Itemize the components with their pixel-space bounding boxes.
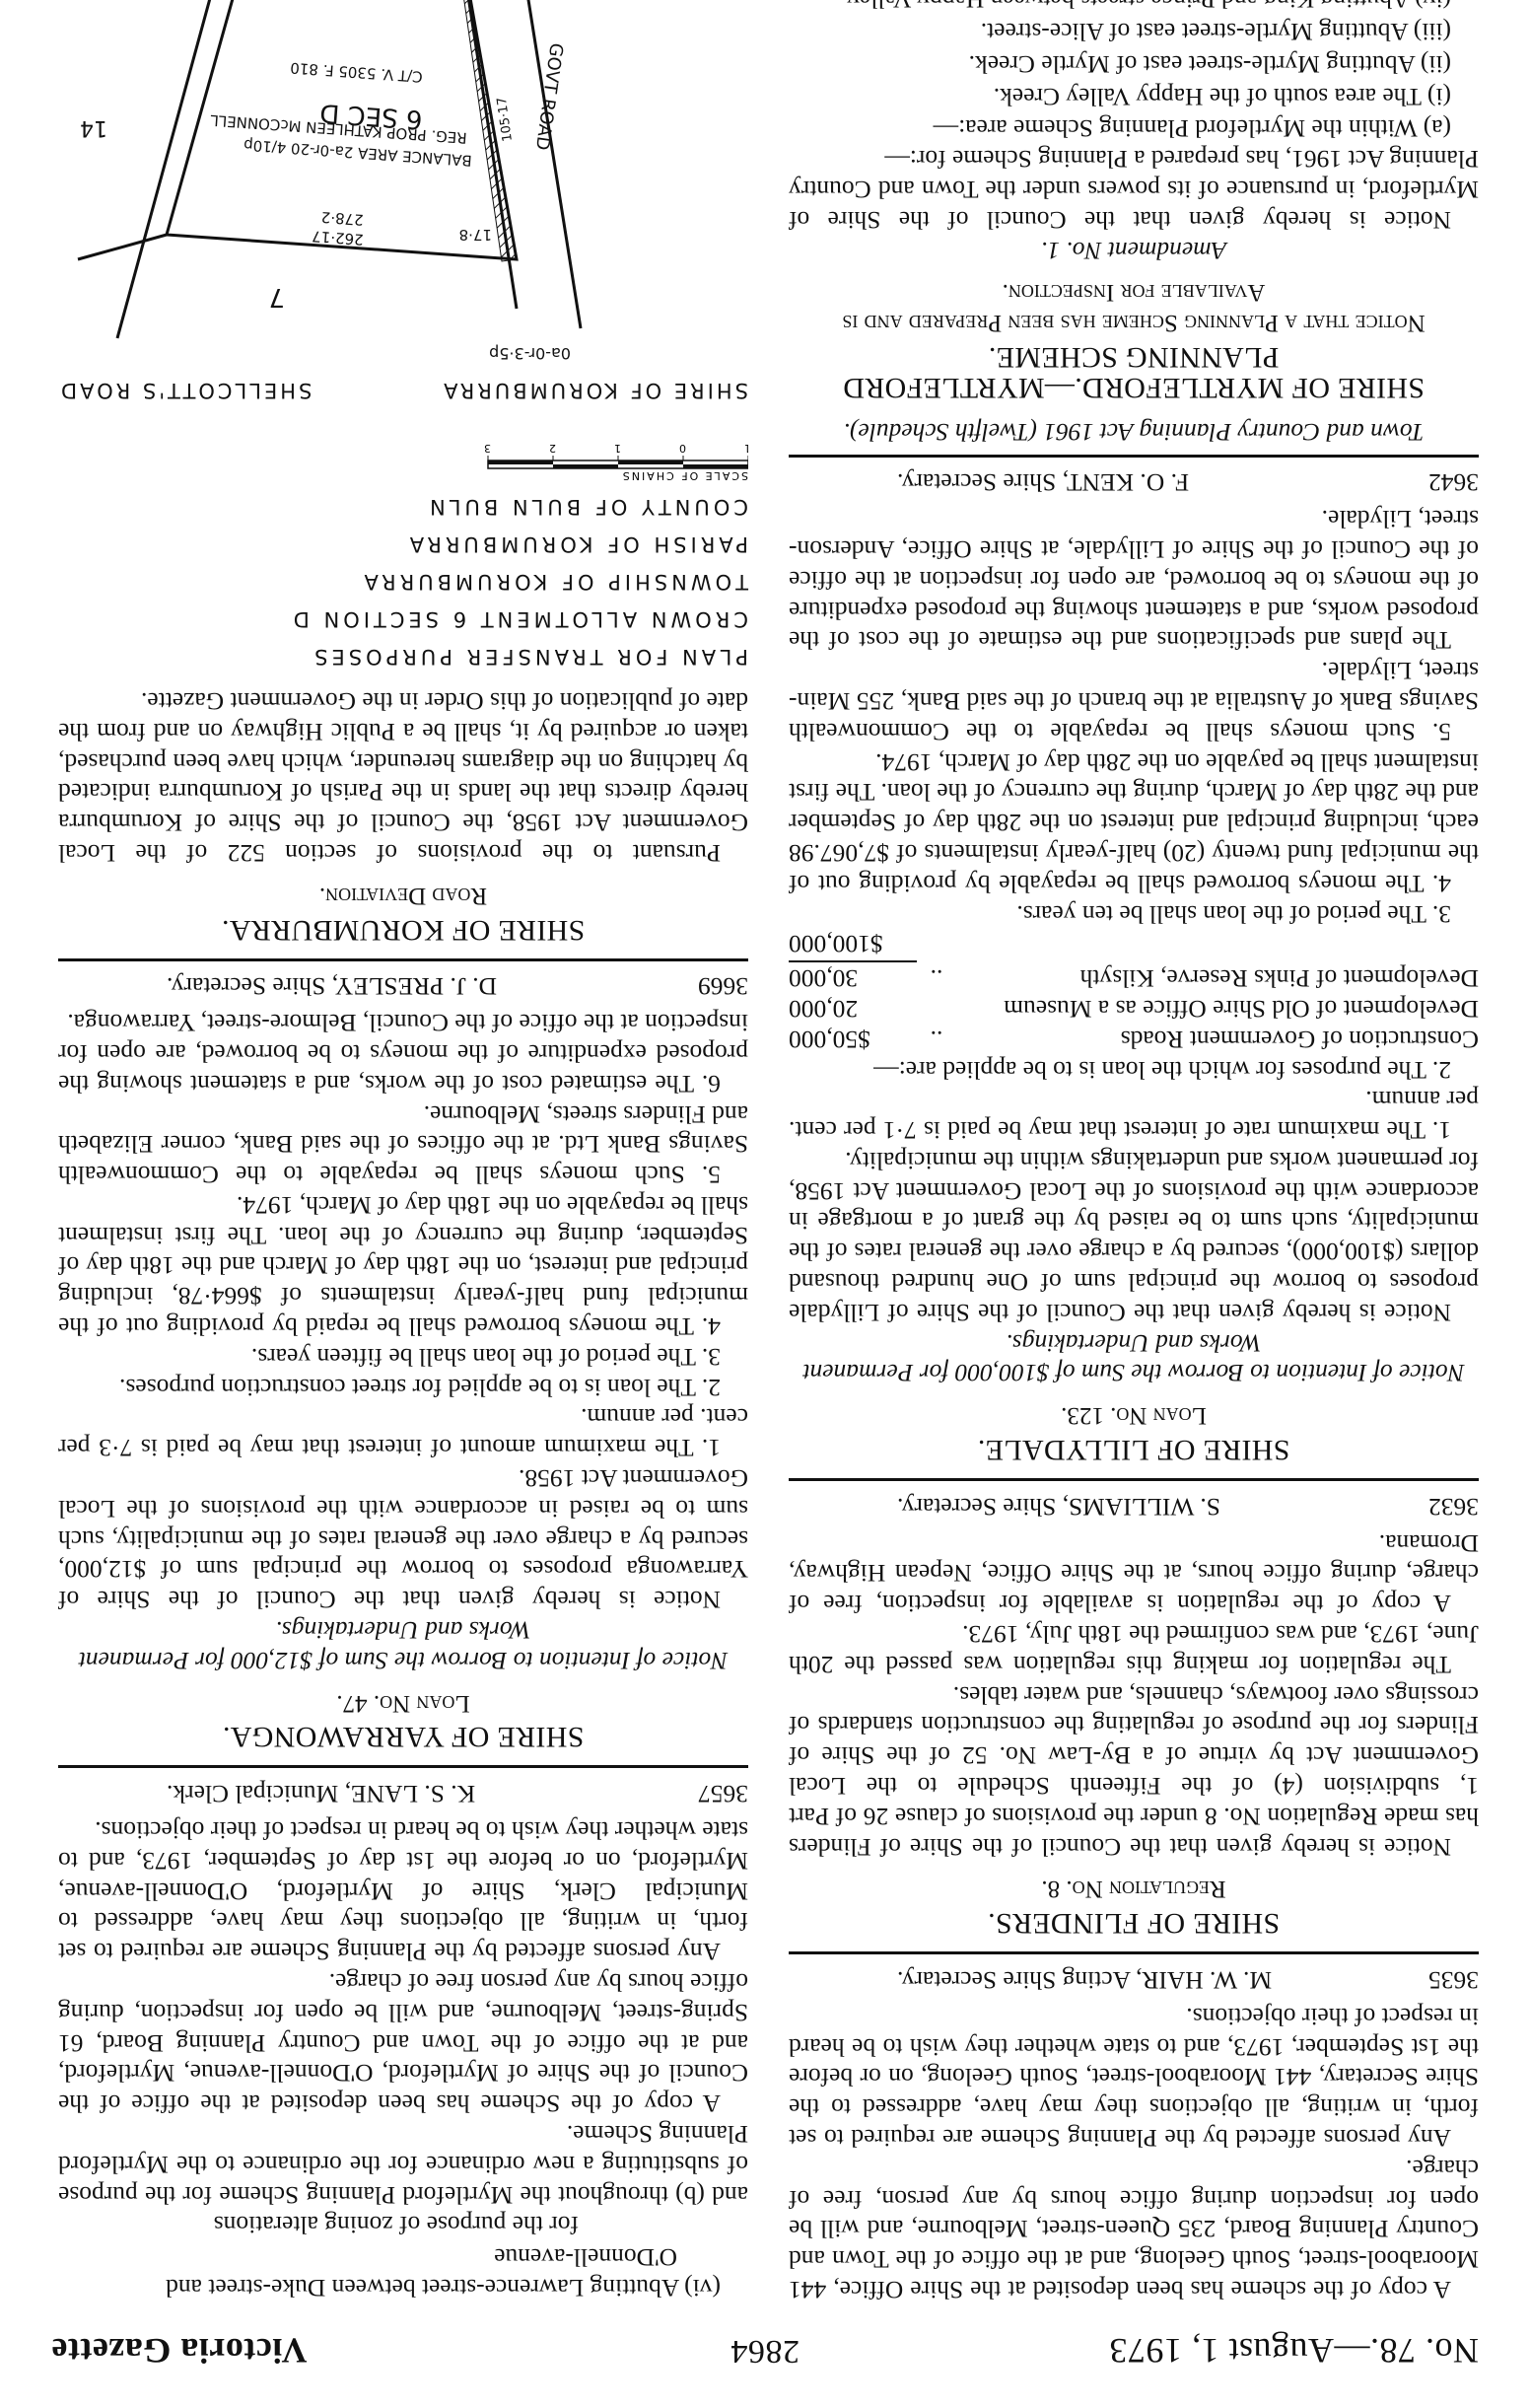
scale-bar: SCALE OF CHAINS 10123 xyxy=(58,431,748,482)
plan-boundary-labels: SHIRE OF KORUMBURRA SHELLCOTT'S ROAD xyxy=(58,376,748,406)
paragraph: Notice is hereby given that the Council … xyxy=(58,1462,748,1614)
area-item: (iv) Abutting King and Prince streets be… xyxy=(789,0,1479,14)
section-divider xyxy=(789,1951,1479,1954)
svg-text:278·2: 278·2 xyxy=(320,208,364,229)
loan-purposes-table: Construction of Government Roads..$50,00… xyxy=(789,962,1479,1053)
section-heading: SHIRE OF YARRAWONGA. xyxy=(58,1722,748,1752)
notice-ref: 3642 xyxy=(1428,467,1479,498)
myrtleford-notice: Town and Country Planning Act 1961 (Twel… xyxy=(789,0,1479,447)
plan-caption-line: CROWN ALLOTMENT 6 SECTION D xyxy=(58,601,748,638)
svg-text:0a-0r-3·5p: 0a-0r-3·5p xyxy=(489,344,571,363)
section-subheading: Loan No. 47. xyxy=(58,1687,748,1718)
plan-caption-line: TOWNSHIP OF KORUMBURRA xyxy=(58,563,748,601)
signatory: F. O. KENT, Shire Secretary. xyxy=(897,467,1189,498)
signatory: M. W. HAIR, Acting Shire Secretary. xyxy=(897,1964,1272,1995)
paragraph: 4. The moneys borrowed shall be repayabl… xyxy=(789,746,1479,898)
scale-label: SCALE OF CHAINS xyxy=(621,469,748,482)
column-right: (vi) Abutting Lawrence-street between Du… xyxy=(58,0,748,2304)
paragraph: A copy of the Scheme has been deposited … xyxy=(58,1966,748,2118)
paragraph: Notice is hereby given that the Council … xyxy=(789,1145,1479,1327)
paragraph: 4. The moneys borrowed shall be repaid b… xyxy=(58,1189,748,1341)
paragraph: 6. The estimated cost of the works, and … xyxy=(58,1007,748,1098)
amendment-label: Amendment No. 1. xyxy=(789,235,1479,265)
paragraph: 1. The maximum amount of interest that m… xyxy=(58,1402,748,1463)
signatory: S. WILLIAMS, Shire Secretary. xyxy=(897,1491,1220,1522)
svg-text:3: 3 xyxy=(484,443,491,455)
plan-caption-line: PARISH OF KORUMBURRA xyxy=(58,526,748,563)
signatory: D. J. PRESLEY, Shire Secretary. xyxy=(167,971,497,1002)
zoning-purpose: for the purpose of zoning alterations xyxy=(58,2210,748,2240)
svg-text:2: 2 xyxy=(549,443,556,455)
plan-caption: PLAN FOR TRANSFER PURPOSESCROWN ALLOTMEN… xyxy=(58,488,748,675)
area-item: (vi) Abutting Lawrence-street between Du… xyxy=(58,2241,748,2302)
paragraph: A copy of the regulation is available fo… xyxy=(789,1527,1479,1618)
paragraph: Any persons affected by the Planning Sch… xyxy=(58,1814,748,1966)
svg-text:C/T V. 5305 F. 810: C/T V. 5305 F. 810 xyxy=(290,58,424,85)
section-subheading: Loan No. 123. xyxy=(789,1399,1479,1430)
svg-text:1: 1 xyxy=(744,443,748,455)
act-reference: Town and Country Planning Act 1961 (Twel… xyxy=(789,416,1479,447)
paragraph: Any persons affected by the Planning Sch… xyxy=(789,2001,1479,2153)
paragraph: and (b) throughout the Myrtleford Planni… xyxy=(58,2118,748,2209)
notice-title: Notice of Intention to Borrow the Sum of… xyxy=(58,1614,748,1675)
paragraph: 2. The purposes for which the loan is to… xyxy=(789,1054,1479,1085)
section-divider xyxy=(789,1478,1479,1481)
publication-title: Victoria Gazette xyxy=(51,2330,308,2372)
paragraph: A copy of the scheme has been deposited … xyxy=(789,2153,1479,2304)
signature-line: 3642 F. O. KENT, Shire Secretary. xyxy=(789,467,1479,498)
plan-caption-line: COUNTY OF BULN BULN xyxy=(58,488,748,526)
paragraph: Notice is hereby given that the Council … xyxy=(789,1679,1479,1862)
signature-line: 3657 K. S. LANE, Municipal Clerk. xyxy=(58,1778,748,1808)
section-divider xyxy=(58,958,748,961)
signature-line: 3669 D. J. PRESLEY, Shire Secretary. xyxy=(58,971,748,1002)
korumburra-notice: SHIRE OF KORUMBURRA. Road Deviation. Pur… xyxy=(58,0,748,945)
signature-line: 3632 S. WILLIAMS, Shire Secretary. xyxy=(789,1491,1479,1522)
geelong-notice-continuation: A copy of the scheme has been deposited … xyxy=(789,1964,1479,2304)
paragraph: Pursuant to the provisions of section 52… xyxy=(58,685,748,868)
column-left: A copy of the scheme has been deposited … xyxy=(789,0,1479,2304)
cost-row: Construction of Government Roads..$50,00… xyxy=(789,1024,1479,1054)
issue-date: No. 78.—August 1, 1973 xyxy=(1109,2330,1479,2372)
area-item: (ii) Abutting Myrtle-street east of Myrt… xyxy=(789,48,1479,79)
area-list: (i) The area south of the Happy Valley C… xyxy=(789,0,1479,111)
cost-row: Development of Pinks Reserve, Kilsyth..3… xyxy=(789,962,1479,993)
paragraph: 3. The period of the loan shall be ten y… xyxy=(789,898,1479,929)
gazette-page: No. 78.—August 1, 1973 2864 Victoria Gaz… xyxy=(0,0,1530,2408)
signatory: K. S. LANE, Municipal Clerk. xyxy=(167,1778,475,1808)
section-heading: SHIRE OF FLINDERS. xyxy=(789,1907,1479,1938)
svg-text:17·8: 17·8 xyxy=(459,226,492,244)
yarrawonga-notice: SHIRE OF YARRAWONGA. Loan No. 47. Notice… xyxy=(58,971,748,1752)
paragraph: 5. Such moneys shall be repayable to the… xyxy=(58,1098,748,1189)
svg-text:7: 7 xyxy=(268,282,285,312)
plan-diagram: 76 SEC D51415BALANCE AREA 2a-0r-20 4/10p… xyxy=(58,0,748,368)
svg-text:105·17: 105·17 xyxy=(495,96,516,142)
flinders-notice: SHIRE OF FLINDERS. Regulation No. 8. Not… xyxy=(789,1491,1479,1938)
notice-ref: 3657 xyxy=(698,1778,748,1808)
paragraph: 2. The loan is to be applied for street … xyxy=(58,1372,748,1402)
paragraph: Notice is hereby given that the Council … xyxy=(789,143,1479,234)
section-subheading: Notice that a Planning Scheme has been P… xyxy=(789,277,1479,338)
section-divider xyxy=(58,1765,748,1768)
svg-text:14: 14 xyxy=(80,115,107,140)
paragraph: The plans and specifications and the est… xyxy=(789,503,1479,655)
myrtleford-notice-continuation: (vi) Abutting Lawrence-street between Du… xyxy=(58,1778,748,2302)
cost-row: Development of Old Shire Office as a Mus… xyxy=(789,993,1479,1024)
paragraph: The regulation for making this regulatio… xyxy=(789,1618,1479,1679)
svg-text:262·17: 262·17 xyxy=(312,227,365,248)
shire-label: SHIRE OF KORUMBURRA xyxy=(441,376,748,406)
notice-ref: 3669 xyxy=(698,971,748,1002)
page-number: 2864 xyxy=(730,2332,800,2370)
section-heading: SHIRE OF KORUMBURRA. xyxy=(58,914,748,945)
svg-text:0: 0 xyxy=(679,443,686,455)
section-subheading: Road Deviation. xyxy=(58,880,748,910)
paragraph: 3. The period of the loan shall be fifte… xyxy=(58,1341,748,1372)
notice-ref: 3635 xyxy=(1428,1964,1479,1995)
section-subheading: Regulation No. 8. xyxy=(789,1874,1479,1904)
notice-ref: 3632 xyxy=(1428,1491,1479,1522)
survey-plan: PLAN FOR TRANSFER PURPOSESCROWN ALLOTMEN… xyxy=(58,0,748,675)
notice-title: Notice of Intention to Borrow the Sum of… xyxy=(789,1327,1479,1388)
section-heading: SHIRE OF MYRTLEFORD.—MYRTLEFORD PLANNING… xyxy=(789,341,1479,402)
paragraph: 1. The maximum rate of interest that may… xyxy=(789,1085,1479,1146)
loan-total: $100,000 xyxy=(789,929,1479,963)
road-label: SHELLCOTT'S ROAD xyxy=(58,376,312,406)
area-list: (vi) Abutting Lawrence-street between Du… xyxy=(58,2241,748,2302)
area-item: (i) The area south of the Happy Valley C… xyxy=(789,81,1479,111)
signature-line: 3635 M. W. HAIR, Acting Shire Secretary. xyxy=(789,1964,1479,1995)
section-divider xyxy=(789,455,1479,458)
plan-caption-line: PLAN FOR TRANSFER PURPOSES xyxy=(58,638,748,675)
masthead: No. 78.—August 1, 1973 2864 Victoria Gaz… xyxy=(51,2321,1479,2380)
section-heading: SHIRE OF LILLYDALE. xyxy=(789,1434,1479,1464)
area-item: (iii) Abutting Myrtle-street east of Ali… xyxy=(789,16,1479,46)
lillydale-notice: SHIRE OF LILLYDALE. Loan No. 123. Notice… xyxy=(789,467,1479,1465)
paragraph: 5. Such moneys shall be repayable to the… xyxy=(789,655,1479,745)
svg-text:1: 1 xyxy=(614,443,621,455)
paragraph: (a) Within the Myrtleford Planning Schem… xyxy=(789,113,1479,144)
